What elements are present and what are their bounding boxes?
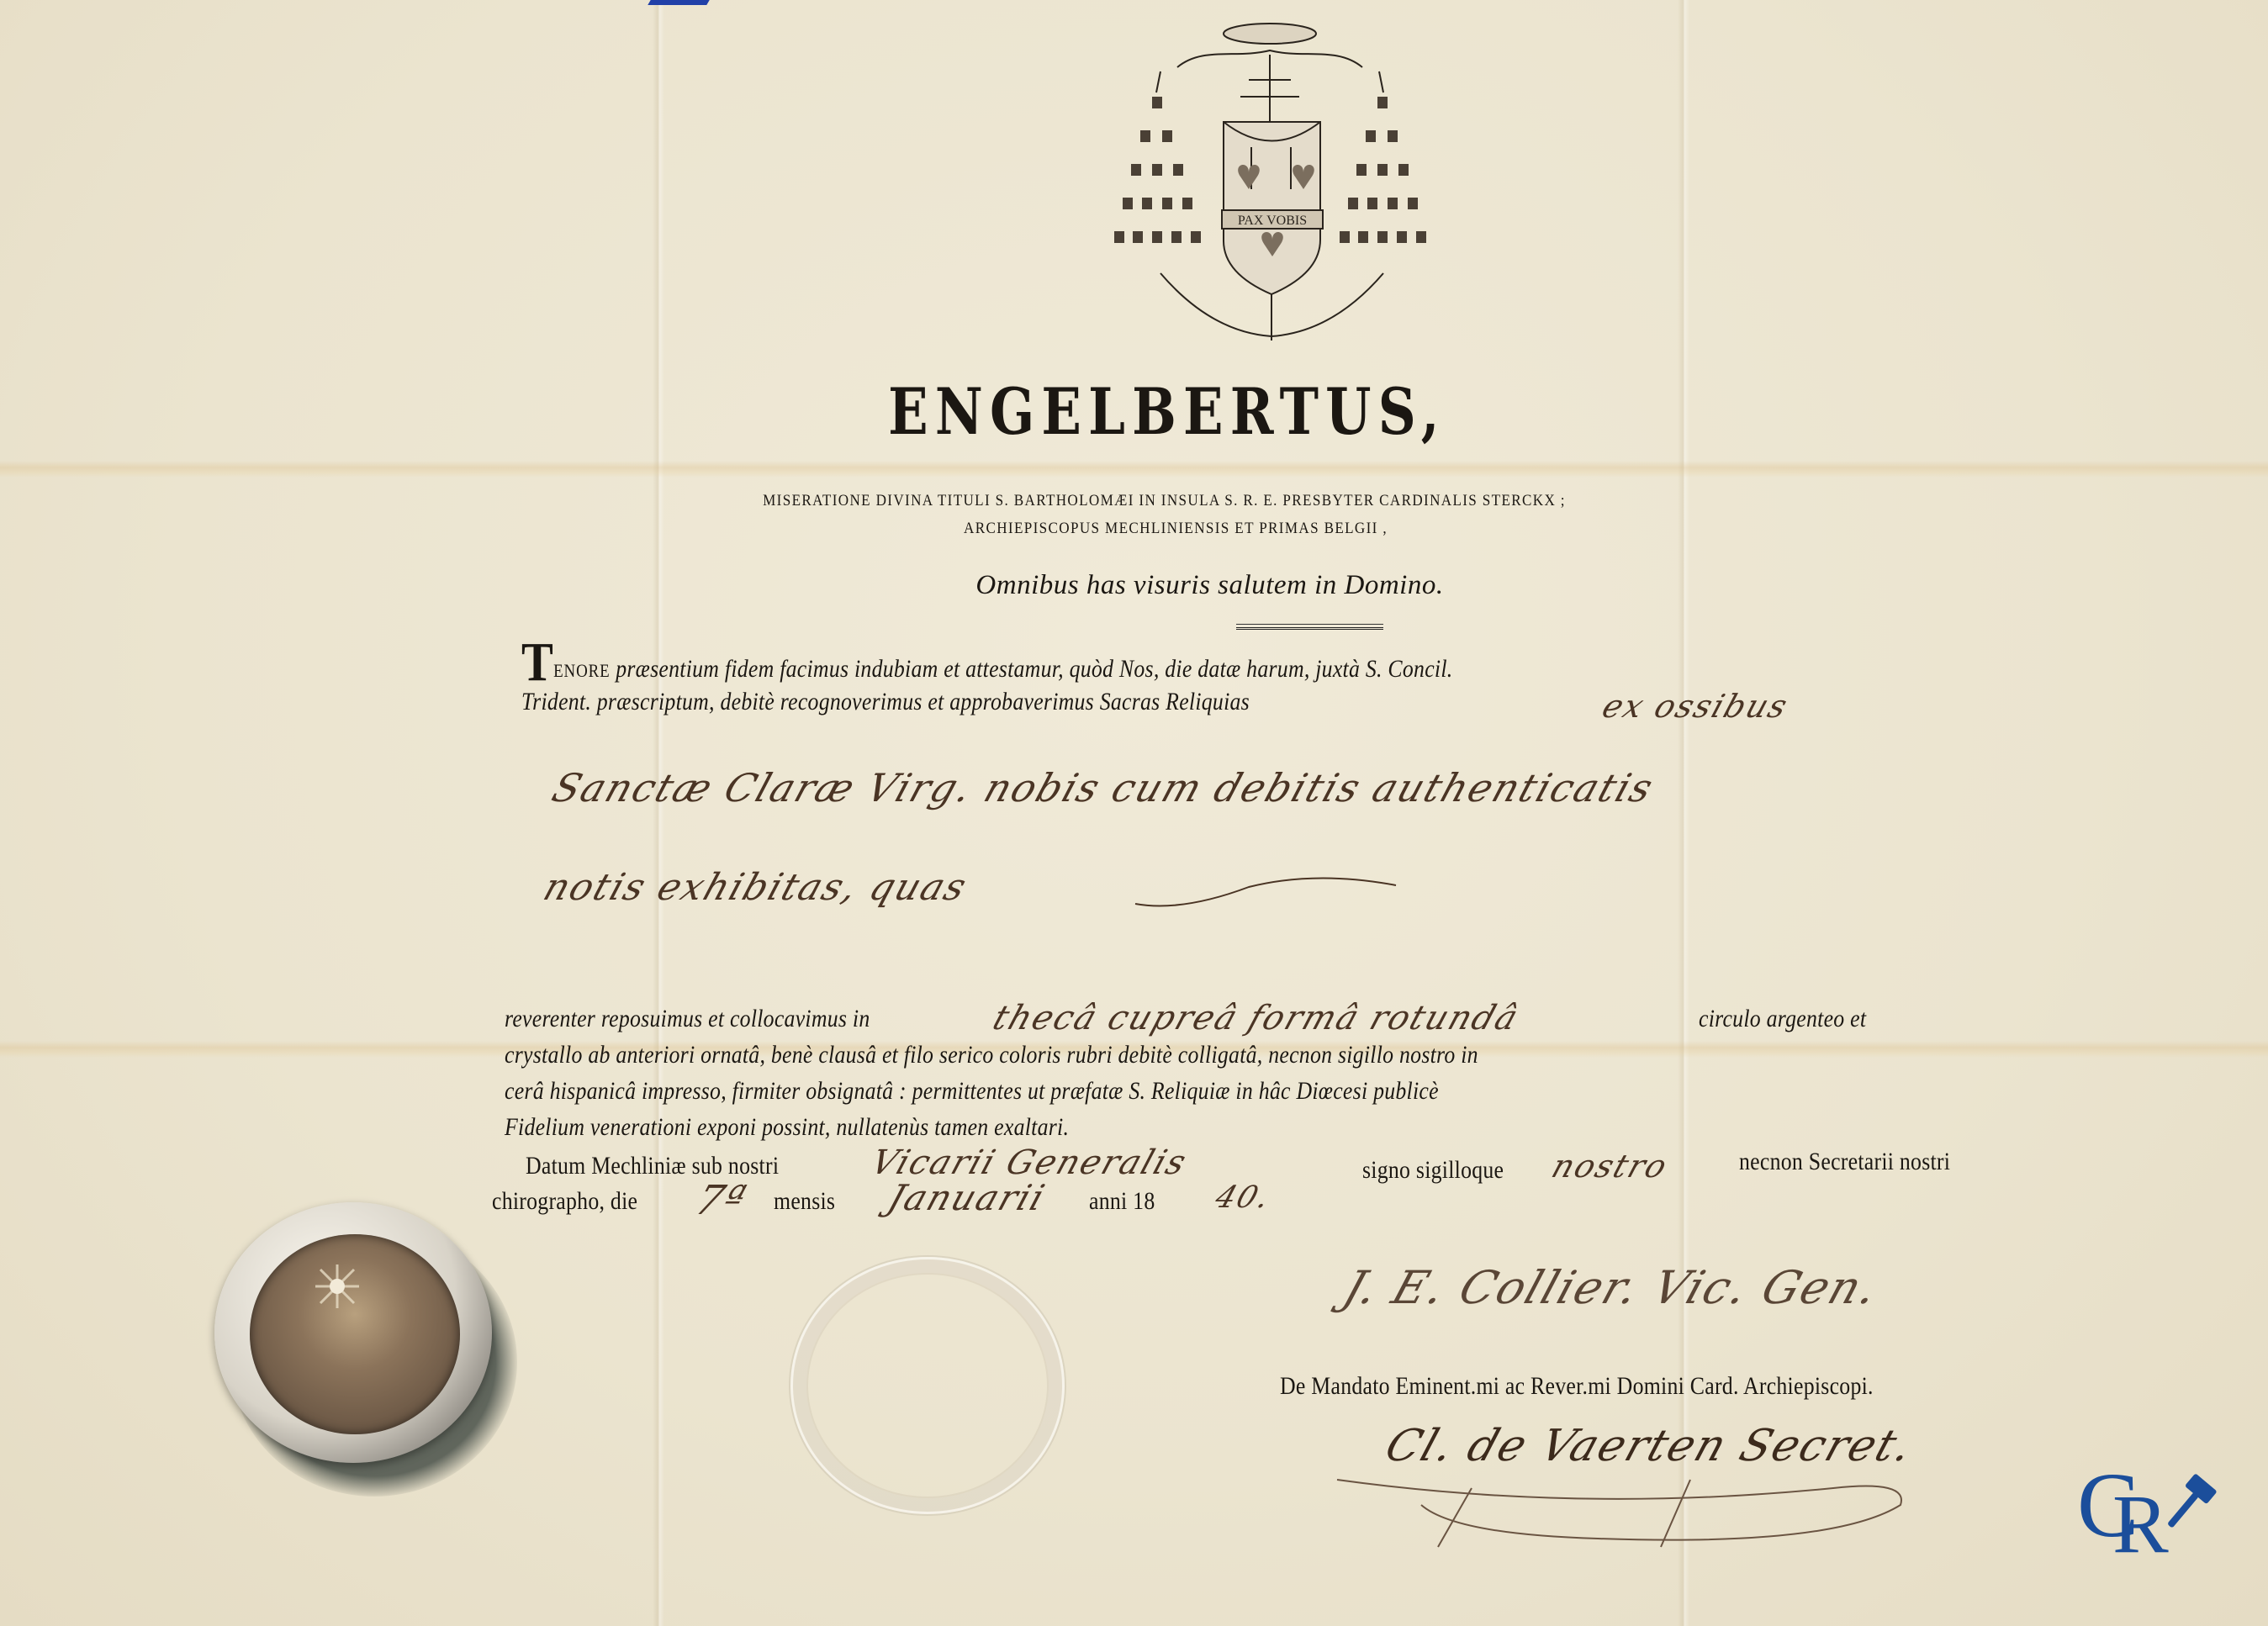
fold-line-vertical-left (653, 0, 664, 1626)
greeting-line: Omnibus has visuris salutem in Domino. (0, 570, 2268, 601)
auction-house-logo: C R (2070, 1459, 2222, 1568)
body-line-7: cerâ hispanicâ impresso, firmiter obsign… (505, 1077, 1439, 1106)
body-line-5-start: reverenter reposuimus et collocavimus in (505, 1005, 870, 1033)
body-line-1: TENORE præsentium fidem facimus indubiam… (521, 641, 1452, 685)
handwritten-flourish (1131, 870, 1400, 912)
reliquary-theca (206, 1194, 517, 1497)
dating-part-5: mensis (774, 1187, 835, 1216)
handwritten-month: Januarii (883, 1177, 1051, 1218)
ornamental-rule (1236, 624, 1383, 630)
body-line-5-end: circulo argenteo et (1699, 1005, 1866, 1033)
body-line-8: Fidelium venerationi exponi possint, nul… (505, 1113, 1069, 1142)
signature-vicar-general: J. E. Collier. Vic. Gen. (1337, 1261, 1886, 1314)
dating-part-3: necnon Secretarii nostri (1739, 1148, 1950, 1176)
handwritten-nostro: nostro (1547, 1148, 1673, 1185)
dating-part-6: anni 18 (1089, 1187, 1155, 1216)
dating-part-1: Datum Mechliniæ sub nostri (526, 1152, 779, 1180)
embossed-seal (790, 1257, 1065, 1514)
blue-tab-edge (648, 0, 709, 5)
document-title: ENGELBERTUS, (209, 374, 2070, 449)
handwritten-theca: thecâ cupreâ formâ rotundâ (988, 999, 1524, 1037)
body-line-6: crystallo ab anteriori ornatâ, benè clau… (505, 1041, 1478, 1069)
gavel-icon (2163, 1474, 2222, 1541)
signature-flourish (1329, 1463, 1917, 1555)
svg-text:PAX VOBIS: PAX VOBIS (1238, 214, 1307, 228)
mandate-line: De Mandato Eminent.mi ac Rever.mi Domini… (1280, 1372, 1874, 1401)
subtitle-line-1: MISERATIONE DIVINA TITULI S. BARTHOLOMÆI… (114, 492, 2154, 510)
radiant-sun-icon (314, 1263, 361, 1310)
drop-cap: T (521, 631, 553, 693)
handwritten-year: 40. (1211, 1180, 1276, 1215)
handwritten-line-4: notis exhibitas, quas (538, 866, 973, 909)
fold-line-horizontal-top (0, 461, 2268, 478)
dating-part-2: signo sigilloque (1362, 1156, 1504, 1185)
body-line-2: Trident. præscriptum, debitè recognoveri… (521, 688, 1250, 716)
handwritten-ex-ossibus: ex ossibus (1598, 688, 1794, 725)
handwritten-line-3: Sanctæ Claræ Virg. nobis cum debitis aut… (547, 765, 1660, 810)
subtitle-line-2: ARCHIEPISCOPUS MECHLINIENSIS ET PRIMAS B… (114, 520, 2154, 538)
coat-of-arms-icon: PAX VOBIS (1110, 13, 1430, 349)
